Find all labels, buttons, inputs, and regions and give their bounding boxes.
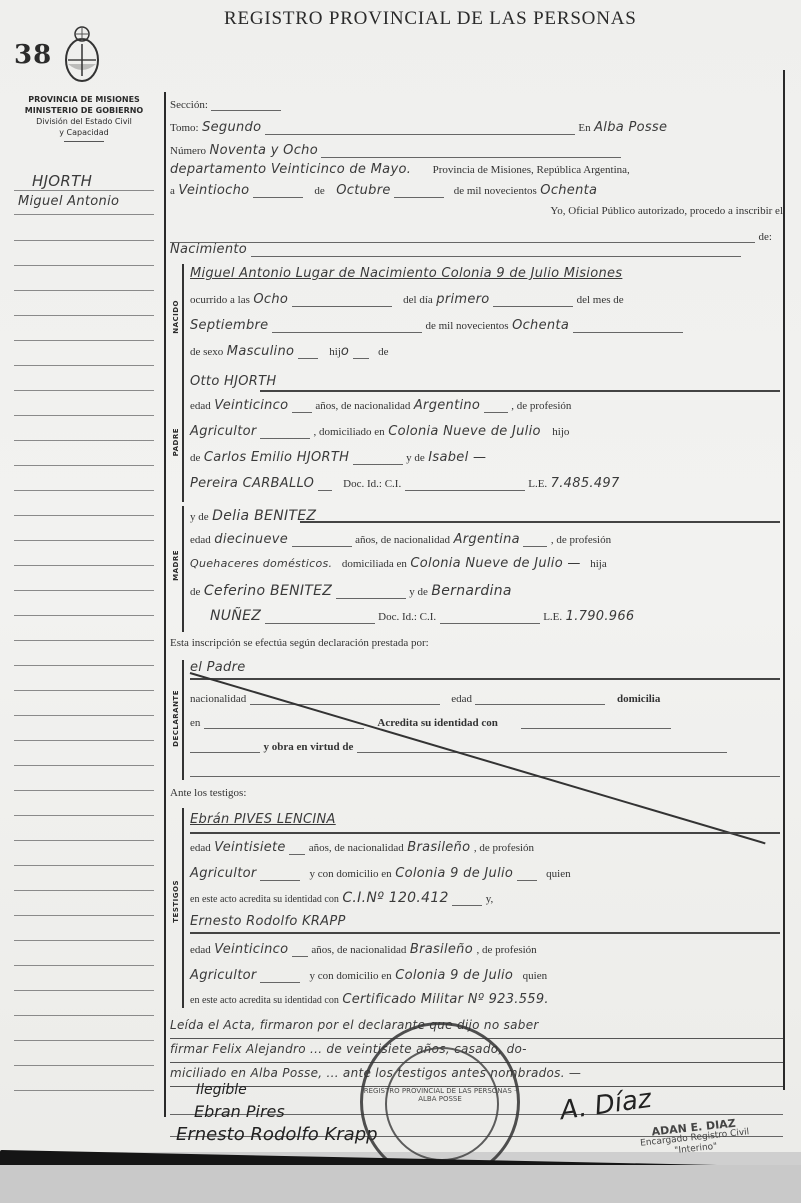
divider <box>190 832 780 834</box>
nacionalidad-label: años, de nacionalidad <box>315 400 410 412</box>
divider <box>14 365 154 366</box>
divider <box>14 440 154 441</box>
father-profession: Agricultor <box>190 424 257 439</box>
margin-surname: HJORTH <box>32 172 92 190</box>
divider <box>14 590 154 591</box>
fill-line <box>517 866 537 881</box>
padre-domicile-row: Agricultor , domiciliado en Colonia Nuev… <box>190 424 783 444</box>
seal-inner-ring <box>385 1047 499 1161</box>
edad-label: edad <box>190 944 211 956</box>
declarant-age-field <box>475 690 605 705</box>
mother-domicile: Colonia Nueve de Julio — <box>410 556 580 571</box>
divider <box>190 678 780 680</box>
departamento-row: departamento Veinticinco de Mayo. Provin… <box>170 162 783 182</box>
tomo-value: Segundo <box>202 120 261 135</box>
officer-row: Yo, Oficial Público autorizado, procedo … <box>170 204 783 224</box>
del-mes-label: del mes de <box>577 294 624 306</box>
section-bracket <box>182 660 184 780</box>
divider <box>14 1090 154 1091</box>
fill-line <box>272 318 422 333</box>
fill-line <box>292 398 312 413</box>
section-bracket <box>182 506 184 632</box>
madre-age-row: edad diecinueve años, de nacionalidad Ar… <box>190 532 783 552</box>
ministry-label: MINISTERIO DE GOBIERNO <box>14 105 154 116</box>
hijo-label: hijo <box>552 426 569 438</box>
tomo-label: Tomo: <box>170 122 199 134</box>
fill-line <box>292 942 308 957</box>
section-bracket <box>182 264 184 372</box>
seccion-label: Sección: <box>170 99 208 111</box>
registration-year: Ochenta <box>540 183 597 198</box>
fill-line <box>289 840 305 855</box>
y-de-label: y de <box>409 586 428 598</box>
fill-line <box>321 143 621 158</box>
year-prefix: de mil novecientos <box>454 185 537 197</box>
divider <box>14 965 154 966</box>
divider <box>14 940 154 941</box>
obra-label: y obra en virtud de <box>264 741 354 753</box>
padre-parents-row: de Carlos Emilio HJORTH y de Isabel — <box>190 450 783 470</box>
divider <box>14 390 154 391</box>
birth-month: Septiembre <box>190 318 268 333</box>
witness-1-age-row: edad Veintisiete años, de nacionalidad B… <box>190 840 783 860</box>
divider <box>14 490 154 491</box>
fill-line <box>353 450 403 465</box>
divider <box>190 932 780 934</box>
seccion-field <box>211 96 281 111</box>
hija-label: hija <box>590 558 607 570</box>
nacionalidad-label: nacionalidad <box>190 693 246 705</box>
witness-1-id: C.I.Nº 120.412 <box>342 890 448 906</box>
fill-line <box>251 242 741 257</box>
fill-line <box>484 398 508 413</box>
divider <box>14 240 154 241</box>
doc-label: Doc. Id.: C.I. <box>378 611 436 623</box>
fill-line <box>573 318 683 333</box>
divider <box>14 790 154 791</box>
edad-label: edad <box>190 842 211 854</box>
divider <box>14 640 154 641</box>
en-label: En <box>578 122 590 134</box>
declarante-obra-row: y obra en virtud de <box>190 738 783 758</box>
birth-day: primero <box>436 292 489 307</box>
ocurrido-label: ocurrido a las <box>190 294 250 306</box>
witness-2-nationality: Brasileño <box>410 942 473 957</box>
madre-name-row: y de Delia BENITEZ <box>190 508 783 528</box>
y-label: y, <box>486 893 494 905</box>
divider <box>14 190 154 191</box>
edad-label: edad <box>451 693 472 705</box>
divider <box>14 815 154 816</box>
le-label: L.E. <box>528 478 547 490</box>
y-de-label: y de <box>190 511 209 523</box>
divider <box>14 665 154 666</box>
mother-age: diecinueve <box>214 532 288 547</box>
section-bracket <box>182 372 184 502</box>
acredita-label: en este acto acredita su identidad con <box>190 995 339 1006</box>
divider <box>14 740 154 741</box>
witness-2-id-row: en este acto acredita su identidad con C… <box>190 992 783 1012</box>
del-dia-label: del día <box>403 294 433 306</box>
registration-month: Octubre <box>336 183 390 198</box>
divider <box>14 765 154 766</box>
witness-2-signature: Ernesto Rodolfo Krapp <box>176 1124 378 1145</box>
madre-section-label: MADRE <box>172 550 180 581</box>
declarant-id-field <box>521 714 671 729</box>
mother-le-number: 1.790.966 <box>566 609 635 624</box>
declarante-id-row: en Acredita su identidad con <box>190 714 783 734</box>
divider <box>14 515 154 516</box>
right-border <box>783 70 785 1090</box>
father-le-number: 7.485.497 <box>551 476 620 491</box>
division-label-2: y Capacidad <box>14 127 154 138</box>
madre-doc-row: NUÑEZ Doc. Id.: C.I. L.E. 1.790.966 <box>190 608 783 628</box>
divider <box>260 390 780 392</box>
quien-label: quien <box>523 970 547 982</box>
divider <box>14 715 154 716</box>
act-type-value-row: Nacimiento <box>170 242 783 262</box>
witness-2-id: Certificado Militar Nº 923.559. <box>342 992 549 1007</box>
fill-line <box>190 762 780 777</box>
witness-1-name: Ebrán PIVES LENCINA <box>190 812 336 827</box>
edad-label: edad <box>190 400 211 412</box>
divider <box>14 290 154 291</box>
witness-2-age-row: edad Veinticinco años, de nacionalidad B… <box>190 942 783 962</box>
de-label: de <box>314 185 324 197</box>
y-de-label: y de <box>406 452 425 464</box>
declarante-intro: Esta inscripción se efectúa según declar… <box>170 637 429 649</box>
divider <box>14 1040 154 1041</box>
testigos-intro-row: Ante los testigos: <box>170 786 783 806</box>
page-title: REGISTRO PROVINCIAL DE LAS PERSONAS <box>224 8 637 30</box>
divider <box>14 615 154 616</box>
numero-row: Número Noventa y Ocho <box>170 143 783 163</box>
numero-label: Número <box>170 145 206 157</box>
divider <box>14 565 154 566</box>
hij-label: hij <box>329 346 341 358</box>
profesion-label: , de profesión <box>551 534 611 546</box>
domicilio-label: domicilia <box>617 693 660 705</box>
divider <box>14 415 154 416</box>
fill-line <box>318 476 332 491</box>
witness-1-age: Veintisiete <box>214 840 285 855</box>
folio-number: 38 <box>14 40 52 70</box>
divider <box>14 214 154 215</box>
de-label: de <box>378 346 388 358</box>
declarant-authority-field <box>357 738 727 753</box>
divider <box>14 465 154 466</box>
witness-1-nationality: Brasileño <box>407 840 470 855</box>
fill-line <box>336 584 406 599</box>
padre-section-label: PADRE <box>172 428 180 456</box>
fill-line <box>265 120 575 135</box>
father-nationality: Argentino <box>414 398 480 413</box>
fill-line <box>253 183 303 198</box>
nacido-sex-row: de sexo Masculino hijo de <box>190 344 783 364</box>
child-name-and-birthplace: Miguel Antonio Lugar de Nacimiento Colon… <box>190 266 622 281</box>
fill-line <box>493 292 573 307</box>
numero-value: Noventa y Ocho <box>210 143 318 158</box>
year-prefix: de mil novecientos <box>425 320 508 332</box>
padre-age-row: edad Veinticinco años, de nacionalidad A… <box>190 398 783 418</box>
mother-nationality: Argentina <box>454 532 520 547</box>
witness-1-signature: Ebran Pires <box>194 1102 285 1121</box>
divider <box>14 690 154 691</box>
section-bracket <box>182 808 184 1008</box>
divider <box>300 521 780 523</box>
maternal-grandfather: Ceferino BENITEZ <box>204 583 332 599</box>
seccion-row: Sección: <box>170 96 783 116</box>
witness-2-name: Ernesto Rodolfo KRAPP <box>190 914 346 929</box>
mother-ci-field <box>440 609 540 624</box>
nacionalidad-label: años, de nacionalidad <box>309 842 404 854</box>
witness-2-domicile-row: Agricultor y con domicilio en Colonia 9 … <box>190 968 783 988</box>
birth-hour: Ocho <box>253 292 288 307</box>
divider <box>14 890 154 891</box>
divider <box>14 1015 154 1016</box>
declarant-signature: Ilegible <box>196 1082 247 1098</box>
acredita-label: en este acto acredita su identidad con <box>190 894 339 905</box>
profesion-label: , de profesión <box>476 944 536 956</box>
en-label: en <box>190 717 200 729</box>
declarante-intro-row: Esta inscripción se efectúa según declar… <box>170 636 783 656</box>
father-ci-field <box>405 476 525 491</box>
witness-1-profession: Agricultor <box>190 866 257 881</box>
tomo-row: Tomo: Segundo En Alba Posse <box>170 120 783 140</box>
column-divider <box>164 92 166 1117</box>
witness-2-age: Veinticinco <box>214 942 288 957</box>
declarante-section-label: DECLARANTE <box>172 690 180 747</box>
date-row: a Veintiocho de Octubre de mil novecient… <box>170 183 783 203</box>
padre-doc-row: Pereira CARBALLO Doc. Id.: C.I. L.E. 7.4… <box>190 476 783 496</box>
acredita-label: Acredita su identidad con <box>377 717 498 729</box>
profesion-label: , de profesión <box>511 400 571 412</box>
fill-line <box>298 344 318 359</box>
nacido-month-row: Septiembre de mil novecientos Ochenta <box>190 318 783 338</box>
maternal-grandmother-rest: NUÑEZ <box>210 608 261 624</box>
fill-line <box>260 968 300 983</box>
domicilio-label: y con domicilio en <box>310 868 392 880</box>
maternal-grandmother-first: Bernardina <box>431 583 511 599</box>
testigos-section-label: TESTIGOS <box>172 880 180 923</box>
le-label: L.E. <box>543 611 562 623</box>
officer-text: Yo, Oficial Público autorizado, procedo … <box>550 205 783 217</box>
divider <box>14 865 154 866</box>
fill-line <box>260 866 300 881</box>
quien-label: quien <box>546 868 570 880</box>
issuing-authority: PROVINCIA DE MISIONES MINISTERIO DE GOBI… <box>14 94 154 142</box>
divider <box>14 315 154 316</box>
birth-certificate-page: 38 REGISTRO PROVINCIAL DE LAS PERSONAS P… <box>0 0 801 1152</box>
madre-parents-row: de Ceferino BENITEZ y de Bernardina <box>190 583 783 603</box>
declarante-value-row: el Padre <box>190 660 783 680</box>
official-signature: A. Díaz <box>558 1084 653 1126</box>
domicilio-label: y con domicilio en <box>310 970 392 982</box>
divider <box>14 340 154 341</box>
divider <box>14 1065 154 1066</box>
profesion-label: , de profesión <box>474 842 534 854</box>
father-domicile: Colonia Nueve de Julio <box>388 424 541 439</box>
hij-value: o <box>341 344 349 359</box>
divider <box>14 990 154 991</box>
witness-1-domicile: Colonia 9 de Julio <box>395 866 513 881</box>
fill-line <box>452 891 482 906</box>
divider <box>64 141 104 142</box>
nacionalidad-label: años, de nacionalidad <box>355 534 450 546</box>
fill-line <box>170 228 755 243</box>
fill-line <box>265 609 375 624</box>
registration-day: Veintiocho <box>178 183 249 198</box>
nacido-section-label: NACIDO <box>172 300 180 334</box>
seal-text: REGISTRO PROVINCIAL DE LAS PERSONAS · AL… <box>363 1087 517 1103</box>
declarant: el Padre <box>190 660 246 675</box>
division-label: División del Estado Civil <box>14 116 154 127</box>
domicilio-label: domiciliada en <box>342 558 407 570</box>
fill-line <box>353 344 369 359</box>
province-text: Provincia de Misiones, República Argenti… <box>433 164 630 176</box>
divider <box>14 265 154 266</box>
fill-line <box>394 183 444 198</box>
nacido-name-row: Miguel Antonio Lugar de Nacimiento Colon… <box>190 266 783 286</box>
testigos-intro: Ante los testigos: <box>170 787 246 799</box>
divider <box>14 840 154 841</box>
birth-year: Ochenta <box>512 318 569 333</box>
witness-1-domicile-row: Agricultor y con domicilio en Colonia 9 … <box>190 866 783 886</box>
argentina-coat-of-arms-icon <box>62 24 102 86</box>
divider <box>14 540 154 541</box>
margin-given-names: Miguel Antonio <box>18 194 119 209</box>
domicilio-label: , domiciliado en <box>314 426 385 438</box>
fill-line <box>292 532 352 547</box>
father-age: Veinticinco <box>214 398 288 413</box>
divider <box>14 915 154 916</box>
edad-label: edad <box>190 534 211 546</box>
fill-line <box>292 292 392 307</box>
act-type: Nacimiento <box>170 242 247 257</box>
mother-profession: Quehaceres domésticos. <box>190 557 332 570</box>
witness-2-domicile: Colonia 9 de Julio <box>395 968 513 983</box>
fill-line <box>523 532 547 547</box>
witness-2-profession: Agricultor <box>190 968 257 983</box>
closing-note-text: Leída el Acta, firmaron por el declarant… <box>170 1018 539 1032</box>
sexo-label: de sexo <box>190 346 223 358</box>
fill-line <box>190 738 260 753</box>
de-label: de <box>190 452 200 464</box>
paternal-grandmother-rest: Pereira CARBALLO <box>190 476 314 491</box>
nacido-time-row: ocurrido a las Ocho del día primero del … <box>190 292 783 312</box>
a-label: a <box>170 185 175 197</box>
madre-domicile-row: Quehaceres domésticos. domiciliada en Co… <box>190 556 783 576</box>
nacionalidad-label: años, de nacionalidad <box>311 944 406 956</box>
doc-label: Doc. Id.: C.I. <box>343 478 401 490</box>
witness-2-name-row: Ernesto Rodolfo KRAPP <box>190 914 783 934</box>
fill-line <box>260 424 310 439</box>
departamento-value: departamento Veinticinco de Mayo. <box>170 162 411 177</box>
paternal-grandmother-first: Isabel — <box>428 450 486 465</box>
province-label: PROVINCIA DE MISIONES <box>14 94 154 105</box>
sexo-value: Masculino <box>227 344 294 359</box>
witness-1-id-row: en este acto acredita su identidad con C… <box>190 890 783 910</box>
father-name: Otto HJORTH <box>190 374 276 389</box>
de-label: de <box>190 586 200 598</box>
background-surface <box>0 1165 801 1203</box>
witness-1-name-row: Ebrán PIVES LENCINA <box>190 812 783 832</box>
en-value: Alba Posse <box>594 120 667 135</box>
paternal-grandfather: Carlos Emilio HJORTH <box>204 450 349 465</box>
